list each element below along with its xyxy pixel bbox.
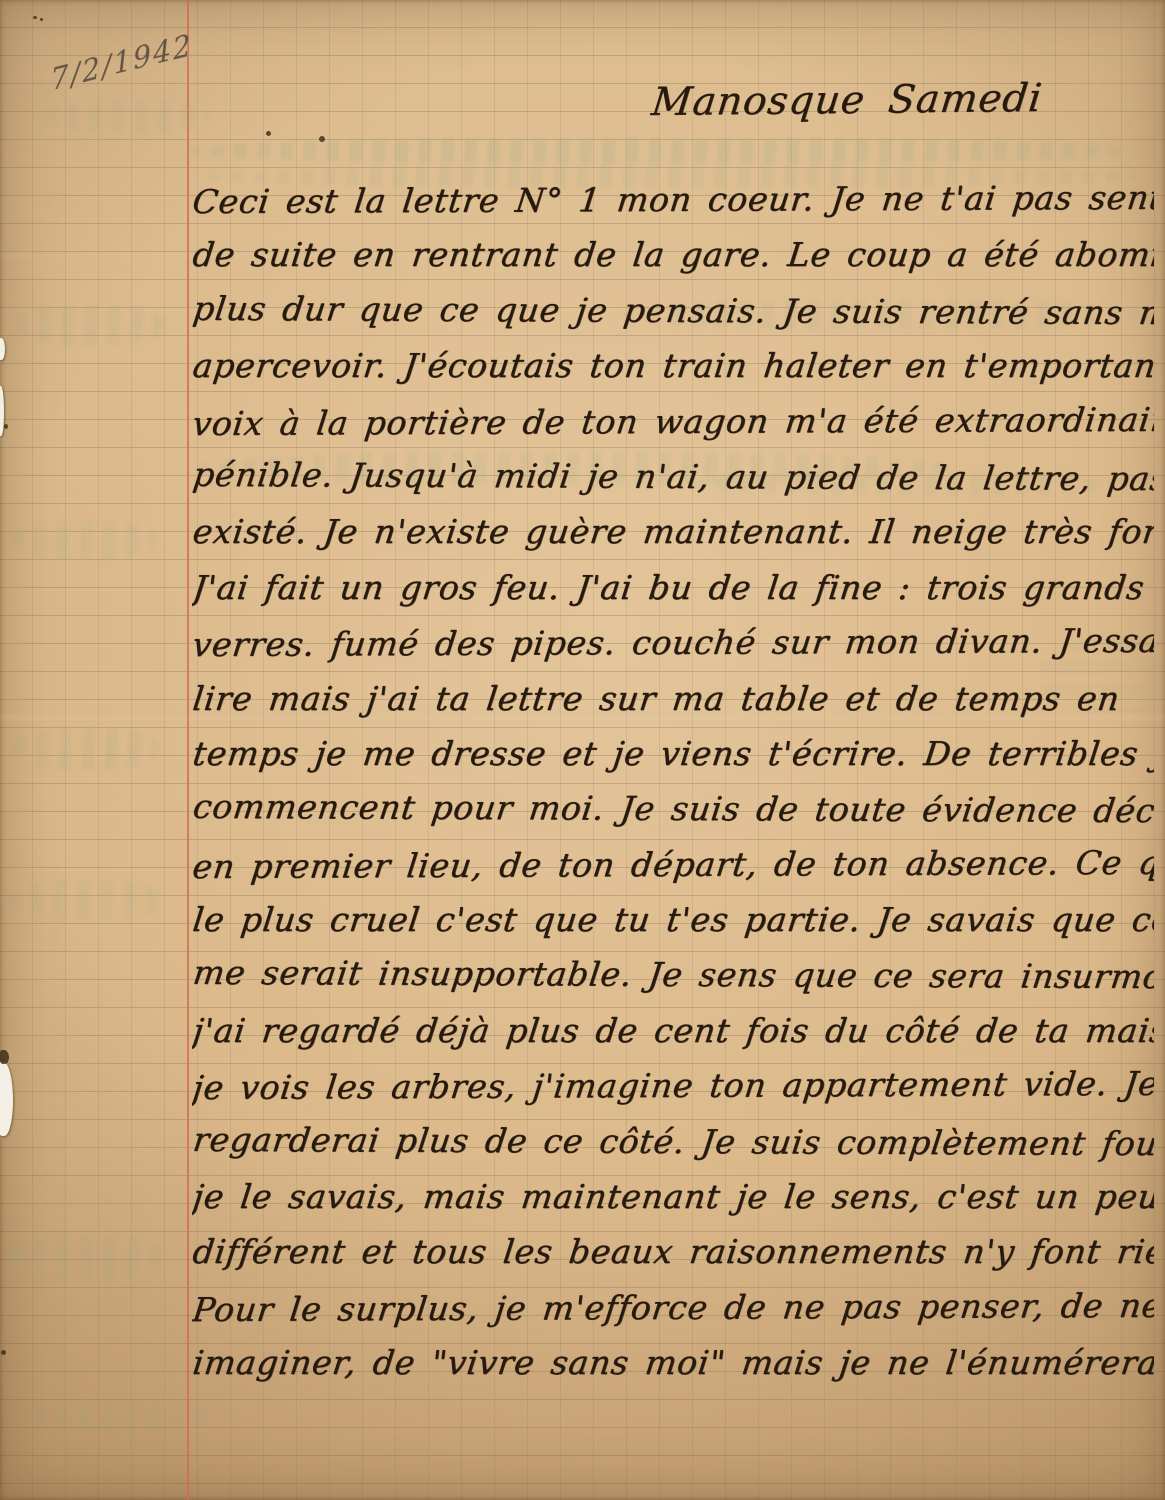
- letter-line: j'ai regardé déjà plus de cent fois du c…: [192, 1011, 1154, 1066]
- letter-line: regarderai plus de ce côté. Je suis comp…: [192, 1120, 1154, 1180]
- letter-line: différent et tous les beaux raisonnement…: [192, 1232, 1154, 1287]
- letter-line: le plus cruel c'est que tu t'es partie. …: [192, 900, 1154, 955]
- letter-line: lire mais j'ai ta lettre sur ma table et…: [192, 679, 1154, 734]
- letter-line: plus dur que ce que je pensais. Je suis …: [192, 289, 1154, 349]
- letter-line: imaginer, de "vivre sans moi" mais je ne…: [192, 1343, 1154, 1398]
- letter-line: pénible. Jusqu'à midi je n'ai, au pied d…: [192, 455, 1154, 515]
- letter-heading: Manosque Samedi: [649, 76, 1044, 125]
- red-margin-rule: [187, 0, 189, 1500]
- ink-bleedthrough-mark: [40, 100, 210, 134]
- letter-line: J'ai fait un gros feu. J'ai bu de la fin…: [192, 568, 1154, 623]
- letter-line: me serait insupportable. Je sens que ce …: [192, 953, 1154, 1013]
- letter-line: de suite en rentrant de la gare. Le coup…: [192, 235, 1154, 290]
- letter-line: commencent pour moi. Je suis de toute év…: [192, 787, 1154, 847]
- ink-speck: [4, 424, 8, 429]
- ink-bleedthrough-mark: [5, 880, 165, 920]
- letter-line: apercevoir. J'écoutais ton train haleter…: [192, 346, 1154, 401]
- ink-bleedthrough-mark: [30, 1398, 210, 1434]
- letter-line: temps je me dresse et je viens t'écrire.…: [192, 734, 1154, 789]
- letter-line: Pour le surplus, je m'efforce de ne pas …: [192, 1286, 1154, 1346]
- letter-body: Ceci est la lettre N° 1 mon coeur. Je ne…: [192, 180, 1154, 1440]
- ink-bleedthrough-mark: [12, 305, 167, 345]
- letter-line: je vois les arbres, j'imagine ton appart…: [192, 1064, 1154, 1124]
- letter-line: je le savais, mais maintenant je le sens…: [192, 1177, 1154, 1232]
- ink-speck: [33, 16, 37, 19]
- letter-line: Ceci est la lettre N° 1 mon coeur. Je ne…: [192, 180, 1154, 237]
- ink-speck: [319, 136, 325, 142]
- letter-line: en premier lieu, de ton départ, de ton a…: [192, 843, 1154, 903]
- ink-speck: [0, 1050, 9, 1064]
- ink-speck: [266, 131, 271, 136]
- ink-speck: [1, 1350, 6, 1355]
- letter-line: verres. fumé des pipes. couché sur mon d…: [192, 621, 1154, 681]
- ink-bleedthrough-mark: [8, 520, 158, 560]
- letter-line: voix à la portière de ton wagon m'a été …: [192, 399, 1154, 459]
- letter-line: existé. Je n'existe guère maintenant. Il…: [192, 512, 1154, 567]
- scanned-letter-page: 7/2/1942 Manosque Samedi Ceci est la let…: [0, 0, 1165, 1500]
- ink-bleedthrough-mark: [185, 138, 1135, 164]
- ink-bleedthrough-mark: [10, 728, 162, 770]
- ink-bleedthrough-mark: [8, 1235, 163, 1279]
- ink-speck: [40, 18, 43, 21]
